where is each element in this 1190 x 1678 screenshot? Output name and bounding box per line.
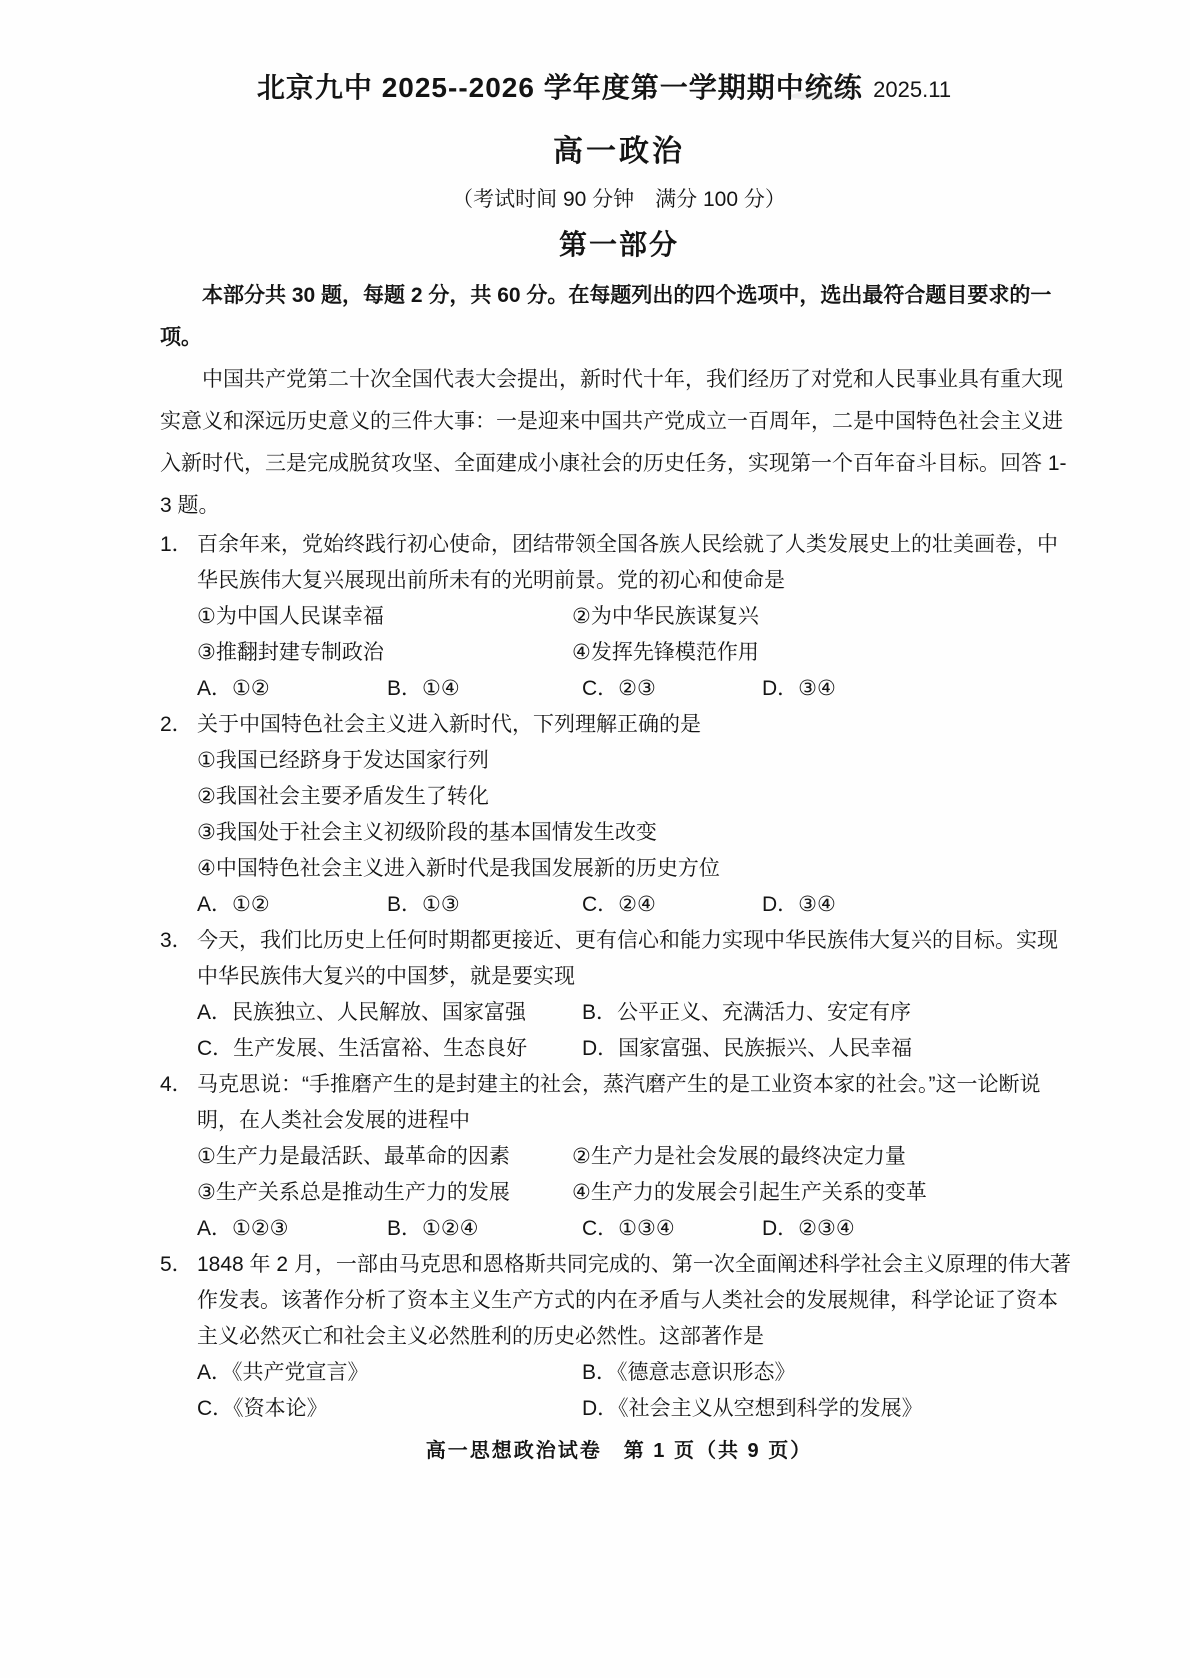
question-2-choices: A．①② B．①③ C．②④ D．③④: [197, 887, 1078, 923]
question-1-stem: 1．百余年来，党始终践行初心使命，团结带领全国各族人民绘就了人类发展史上的壮美画…: [197, 527, 1078, 599]
sub-option-2: ②为中华民族谋复兴: [572, 599, 1078, 635]
sub-option-1: ①为中国人民谋幸福: [197, 599, 572, 635]
exam-date: 2025.11: [873, 77, 951, 102]
choice-b: B．①④: [387, 671, 582, 707]
sub-option-3: ③我国处于社会主义初级阶段的基本国情发生改变: [197, 815, 1078, 851]
choice-c: C．生产发展、生活富裕、生态良好: [197, 1031, 582, 1067]
question-5-stem: 5．1848 年 2 月，一部由马克思和恩格斯共同完成的、第一次全面阐述科学社会…: [197, 1247, 1078, 1355]
choice-a: A．民族独立、人民解放、国家富强: [197, 995, 582, 1031]
choice-b: B．公平正义、充满活力、安定有序: [582, 995, 1078, 1031]
question-3-number: 3．: [160, 923, 197, 959]
choice-a: A．①②: [197, 671, 387, 707]
sub-option-3: ③推翻封建专制政治: [197, 635, 572, 671]
sub-option-3: ③生产关系总是推动生产力的发展: [197, 1175, 572, 1211]
question-5: 5．1848 年 2 月，一部由马克思和恩格斯共同完成的、第一次全面阐述科学社会…: [160, 1247, 1078, 1427]
choice-b: B．①③: [387, 887, 582, 923]
sub-option-4: ④发挥先锋模范作用: [572, 635, 1078, 671]
choice-d: D．③④: [762, 671, 1078, 707]
choice-d: D．③④: [762, 887, 1078, 923]
scan-artifact: [790, 92, 850, 100]
choice-c: C．①③④: [582, 1211, 762, 1247]
question-4-stem-text: 马克思说：“手推磨产生的是封建主的社会，蒸汽磨产生的是工业资本家的社会。”这一论…: [197, 1073, 1040, 1132]
question-5-number: 5．: [160, 1247, 197, 1283]
choice-c: C．《资本论》: [197, 1391, 582, 1427]
choice-b: B．《德意志意识形态》: [582, 1355, 1078, 1391]
section-one-title: 第一部分: [160, 225, 1078, 265]
choice-a: A．《共产党宣言》: [197, 1355, 582, 1391]
choice-c: C．②③: [582, 671, 762, 707]
subject-title: 高一政治: [160, 129, 1078, 175]
question-2: 2．关于中国特色社会主义进入新时代，下列理解正确的是 ①我国已经跻身于发达国家行…: [160, 707, 1078, 923]
question-3-choices: A．民族独立、人民解放、国家富强 B．公平正义、充满活力、安定有序 C．生产发展…: [197, 995, 1078, 1067]
sub-option-4: ④中国特色社会主义进入新时代是我国发展新的历史方位: [197, 851, 1078, 887]
question-1-number: 1．: [160, 527, 197, 563]
choice-d: D．《社会主义从空想到科学的发展》: [582, 1391, 1078, 1427]
question-2-sub-options: ①我国已经跻身于发达国家行列 ②我国社会主要矛盾发生了转化 ③我国处于社会主义初…: [197, 743, 1078, 887]
question-1: 1．百余年来，党始终践行初心使命，团结带领全国各族人民绘就了人类发展史上的壮美画…: [160, 527, 1078, 707]
question-4-stem: 4．马克思说：“手推磨产生的是封建主的社会，蒸汽磨产生的是工业资本家的社会。”这…: [197, 1067, 1078, 1139]
context-passage: 中国共产党第二十次全国代表大会提出，新时代十年，我们经历了对党和人民事业具有重大…: [160, 359, 1078, 527]
question-3-stem: 3．今天，我们比历史上任何时期都更接近、更有信心和能力实现中华民族伟大复兴的目标…: [197, 923, 1078, 995]
question-1-stem-text: 百余年来，党始终践行初心使命，团结带领全国各族人民绘就了人类发展史上的壮美画卷，…: [197, 533, 1058, 592]
question-2-stem: 2．关于中国特色社会主义进入新时代，下列理解正确的是: [197, 707, 1078, 743]
scan-artifact: [515, 196, 521, 202]
choice-a: A．①②: [197, 887, 387, 923]
question-3-stem-text: 今天，我们比历史上任何时期都更接近、更有信心和能力实现中华民族伟大复兴的目标。实…: [197, 929, 1058, 988]
sub-option-1: ①我国已经跻身于发达国家行列: [197, 743, 1078, 779]
question-3: 3．今天，我们比历史上任何时期都更接近、更有信心和能力实现中华民族伟大复兴的目标…: [160, 923, 1078, 1067]
choice-d: D．国家富强、民族振兴、人民幸福: [582, 1031, 1078, 1067]
choice-c: C．②④: [582, 887, 762, 923]
sub-option-1: ①生产力是最活跃、最革命的因素: [197, 1139, 572, 1175]
section-instructions: 本部分共 30 题，每题 2 分，共 60 分。在每题列出的四个选项中，选出最符…: [160, 275, 1078, 359]
choice-b: B．①②④: [387, 1211, 582, 1247]
choice-a: A．①②③: [197, 1211, 387, 1247]
page-footer: 高一思想政治试卷 第 1 页（共 9 页）: [160, 1437, 1078, 1465]
exam-paper-page: 北京九中 2025--2026 学年度第一学期期中统练 2025.11 高一政治…: [0, 0, 1190, 1678]
question-4-number: 4．: [160, 1067, 197, 1103]
question-2-stem-text: 关于中国特色社会主义进入新时代，下列理解正确的是: [197, 713, 701, 736]
exam-header-line: 北京九中 2025--2026 学年度第一学期期中统练 2025.11: [130, 66, 1078, 115]
question-1-choices: A．①② B．①④ C．②③ D．③④: [197, 671, 1078, 707]
choice-d: D．②③④: [762, 1211, 1078, 1247]
question-5-stem-text: 1848 年 2 月，一部由马克思和恩格斯共同完成的、第一次全面阐述科学社会主义…: [197, 1253, 1071, 1348]
sub-option-4: ④生产力的发展会引起生产关系的变革: [572, 1175, 1078, 1211]
question-4-choices: A．①②③ B．①②④ C．①③④ D．②③④: [197, 1211, 1078, 1247]
question-1-sub-options: ①为中国人民谋幸福 ②为中华民族谋复兴 ③推翻封建专制政治 ④发挥先锋模范作用: [197, 599, 1078, 671]
question-4: 4．马克思说：“手推磨产生的是封建主的社会，蒸汽磨产生的是工业资本家的社会。”这…: [160, 1067, 1078, 1247]
exam-title: 北京九中 2025--2026 学年度第一学期期中统练: [257, 72, 863, 103]
question-2-number: 2．: [160, 707, 197, 743]
question-4-sub-options: ①生产力是最活跃、最革命的因素 ②生产力是社会发展的最终决定力量 ③生产关系总是…: [197, 1139, 1078, 1211]
sub-option-2: ②生产力是社会发展的最终决定力量: [572, 1139, 1078, 1175]
question-list: 1．百余年来，党始终践行初心使命，团结带领全国各族人民绘就了人类发展史上的壮美画…: [160, 527, 1078, 1427]
exam-time-score-info: （考试时间 90 分钟 满分 100 分）: [160, 183, 1078, 217]
sub-option-2: ②我国社会主要矛盾发生了转化: [197, 779, 1078, 815]
question-5-choices: A．《共产党宣言》 B．《德意志意识形态》 C．《资本论》 D．《社会主义从空想…: [197, 1355, 1078, 1427]
